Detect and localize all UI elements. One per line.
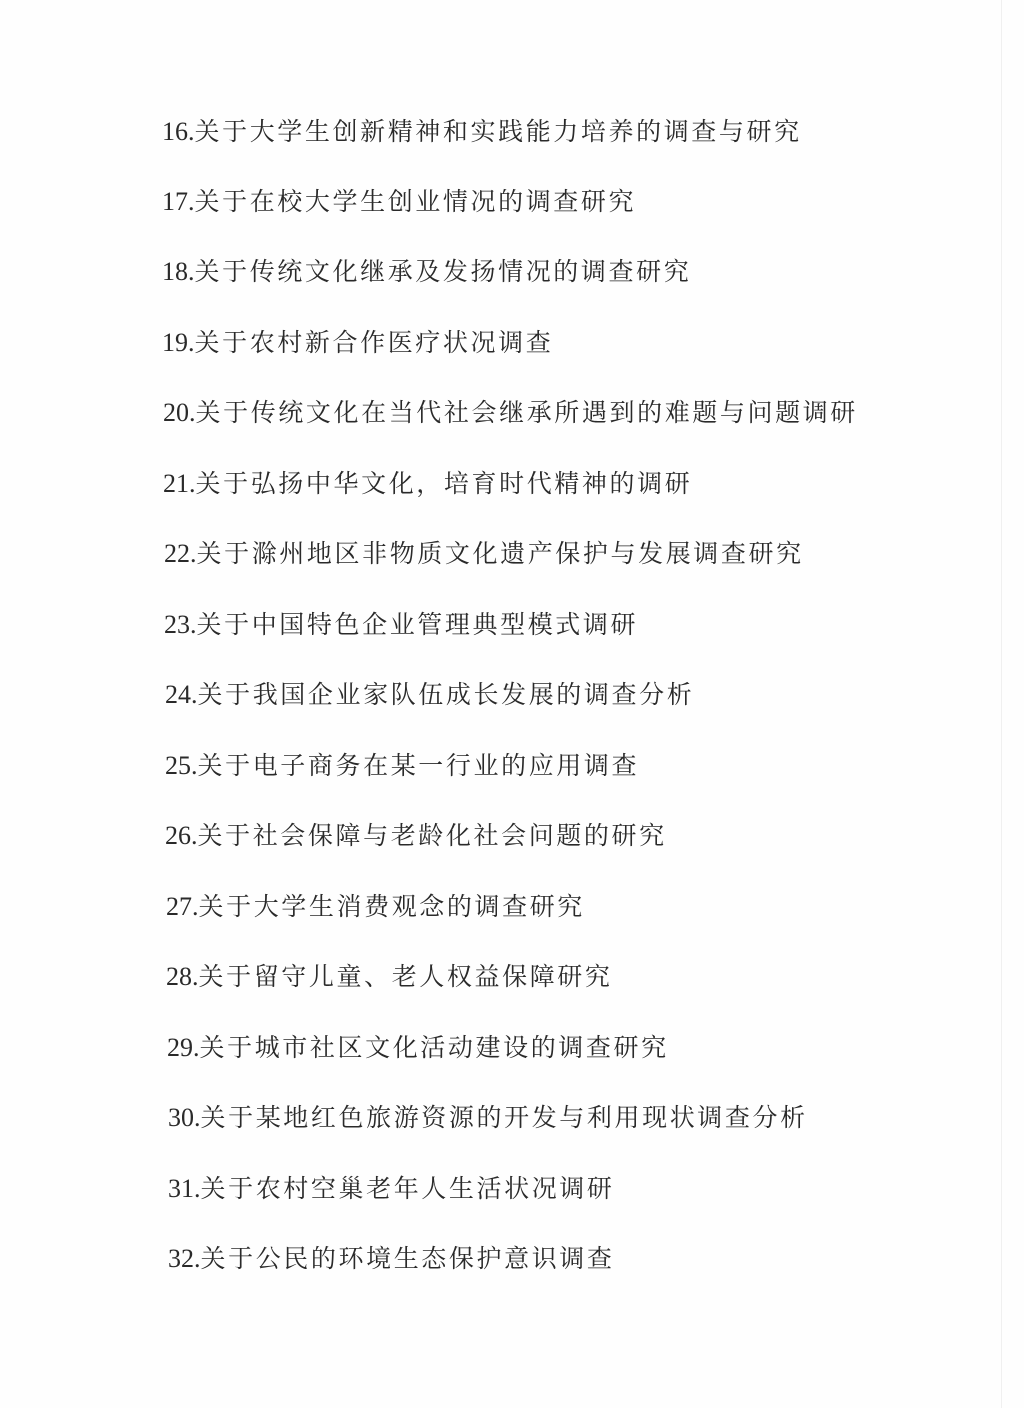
- list-item: 25.关于电子商务在某一行业的应用调查: [165, 746, 639, 786]
- item-text: 关于滁州地区非物质文化遗产保护与发展调查研究: [197, 539, 804, 568]
- list-item: 21.关于弘扬中华文化，培育时代精神的调研: [163, 464, 692, 504]
- list-item: 18.关于传统文化继承及发扬情况的调查研究: [162, 252, 691, 292]
- item-number: 27.: [166, 892, 199, 921]
- item-number: 17.: [162, 187, 195, 216]
- item-number: 31.: [168, 1174, 201, 1203]
- item-text: 关于城市社区文化活动建设的调查研究: [200, 1033, 669, 1062]
- list-item: 29.关于城市社区文化活动建设的调查研究: [167, 1028, 669, 1068]
- item-text: 关于我国企业家队伍成长发展的调查分析: [198, 680, 695, 709]
- item-number: 18.: [162, 257, 195, 286]
- list-item: 27.关于大学生消费观念的调查研究: [166, 887, 585, 927]
- scanned-page: 16.关于大学生创新精神和实践能力培养的调查与研究 17.关于在校大学生创业情况…: [0, 0, 1024, 1408]
- item-number: 16.: [162, 117, 195, 146]
- list-item: 19.关于农村新合作医疗状况调查: [162, 323, 553, 363]
- item-text: 关于在校大学生创业情况的调查研究: [195, 187, 637, 216]
- item-number: 26.: [165, 821, 198, 850]
- item-text: 关于传统文化继承及发扬情况的调查研究: [195, 257, 692, 286]
- list-item: 22.关于滁州地区非物质文化遗产保护与发展调查研究: [164, 534, 804, 574]
- item-text: 关于农村空巢老年人生活状况调研: [201, 1174, 615, 1203]
- list-item: 20.关于传统文化在当代社会继承所遇到的难题与问题调研: [163, 393, 858, 433]
- item-text: 关于大学生消费观念的调查研究: [199, 892, 585, 921]
- list-item: 16.关于大学生创新精神和实践能力培养的调查与研究: [162, 112, 802, 152]
- item-number: 21.: [163, 469, 196, 498]
- item-number: 20.: [163, 398, 196, 427]
- list-item: 26.关于社会保障与老龄化社会问题的研究: [165, 816, 667, 856]
- item-number: 25.: [165, 751, 198, 780]
- item-text: 关于社会保障与老龄化社会问题的研究: [198, 821, 667, 850]
- item-number: 30.: [168, 1103, 201, 1132]
- item-text: 关于大学生创新精神和实践能力培养的调查与研究: [195, 117, 802, 146]
- item-number: 19.: [162, 328, 195, 357]
- list-item: 17.关于在校大学生创业情况的调查研究: [162, 182, 636, 222]
- list-item: 24.关于我国企业家队伍成长发展的调查分析: [165, 675, 694, 715]
- item-text: 关于留守儿童、老人权益保障研究: [199, 962, 613, 991]
- item-text: 关于某地红色旅游资源的开发与利用现状调查分析: [201, 1103, 808, 1132]
- item-number: 24.: [165, 680, 198, 709]
- list-item: 32.关于公民的环境生态保护意识调查: [168, 1239, 615, 1279]
- list-item: 23.关于中国特色企业管理典型模式调研: [164, 605, 638, 645]
- item-number: 28.: [166, 962, 199, 991]
- item-text: 关于电子商务在某一行业的应用调查: [198, 751, 640, 780]
- item-text: 关于公民的环境生态保护意识调查: [201, 1244, 615, 1273]
- list-item: 31.关于农村空巢老年人生活状况调研: [168, 1169, 615, 1209]
- item-text: 关于弘扬中华文化，培育时代精神的调研: [196, 469, 693, 498]
- item-number: 29.: [167, 1033, 200, 1062]
- item-number: 22.: [164, 539, 197, 568]
- list-item: 30.关于某地红色旅游资源的开发与利用现状调查分析: [168, 1098, 808, 1138]
- item-text: 关于农村新合作医疗状况调查: [195, 328, 554, 357]
- page-edge-divider: [1001, 0, 1002, 1408]
- item-number: 23.: [164, 610, 197, 639]
- item-text: 关于传统文化在当代社会继承所遇到的难题与问题调研: [196, 398, 858, 427]
- item-text: 关于中国特色企业管理典型模式调研: [197, 610, 639, 639]
- list-item: 28.关于留守儿童、老人权益保障研究: [166, 957, 613, 997]
- item-number: 32.: [168, 1244, 201, 1273]
